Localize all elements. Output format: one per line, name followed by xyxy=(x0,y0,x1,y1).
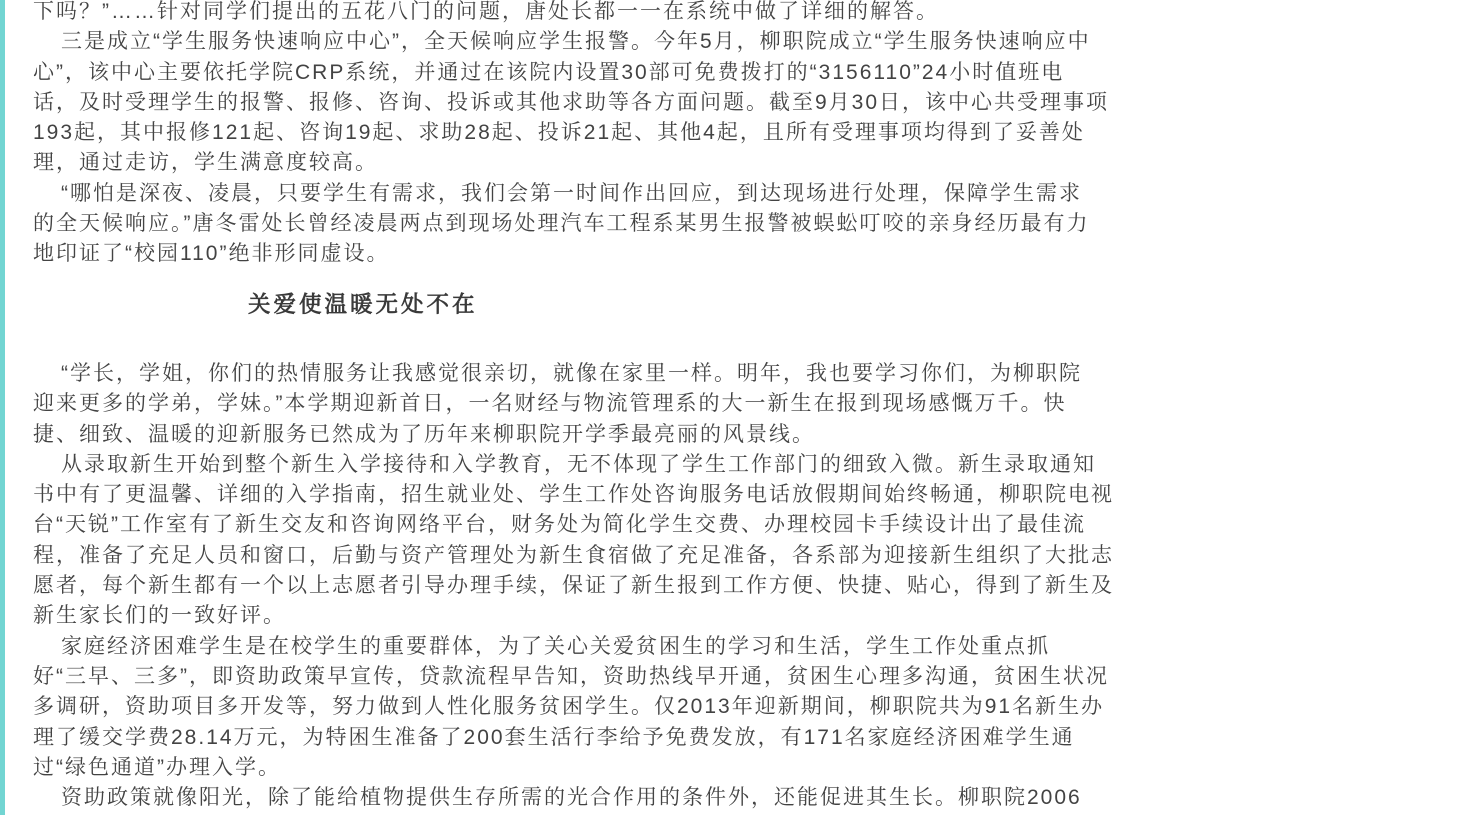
paragraph-response-center: 三是成立“学生服务快速响应中心”，全天候响应学生报警。今年5月，柳职院成立“学生… xyxy=(33,27,1123,178)
paragraph-intro-continuation: 下吗？”……针对同学们提出的五花八门的问题，唐处长都一一在系统中做了详细的解答。 xyxy=(33,0,1123,27)
document-page: { "page": { "background_color": "#ffffff… xyxy=(0,0,1472,815)
section-heading: 关爱使温暖无处不在 xyxy=(33,290,1123,320)
paragraph-poverty-support: 家庭经济困难学生是在校学生的重要群体，为了关心关爱贫困生的学习和生活，学生工作处… xyxy=(33,632,1123,783)
paragraph-policy-sunlight: 资助政策就像阳光，除了能给植物提供生存所需的光合作用的条件外，还能促进其生长。柳… xyxy=(33,783,1123,813)
paragraph-enrollment-services: 从录取新生开始到整个新生入学接待和入学教育，无不体现了学生工作部门的细致入微。新… xyxy=(33,450,1123,632)
paragraph-freshman-welcome-quote: “学长，学姐，你们的热情服务让我感觉很亲切，就像在家里一样。明年，我也要学习你们… xyxy=(33,359,1123,450)
article-content: 下吗？”……针对同学们提出的五花八门的问题，唐处长都一一在系统中做了详细的解答。… xyxy=(33,0,1123,813)
paragraph-allday-response-quote: “哪怕是深夜、凌晨，只要学生有需求，我们会第一时间作出回应，到达现场进行处理，保… xyxy=(33,179,1123,270)
left-accent-bar xyxy=(0,0,5,815)
